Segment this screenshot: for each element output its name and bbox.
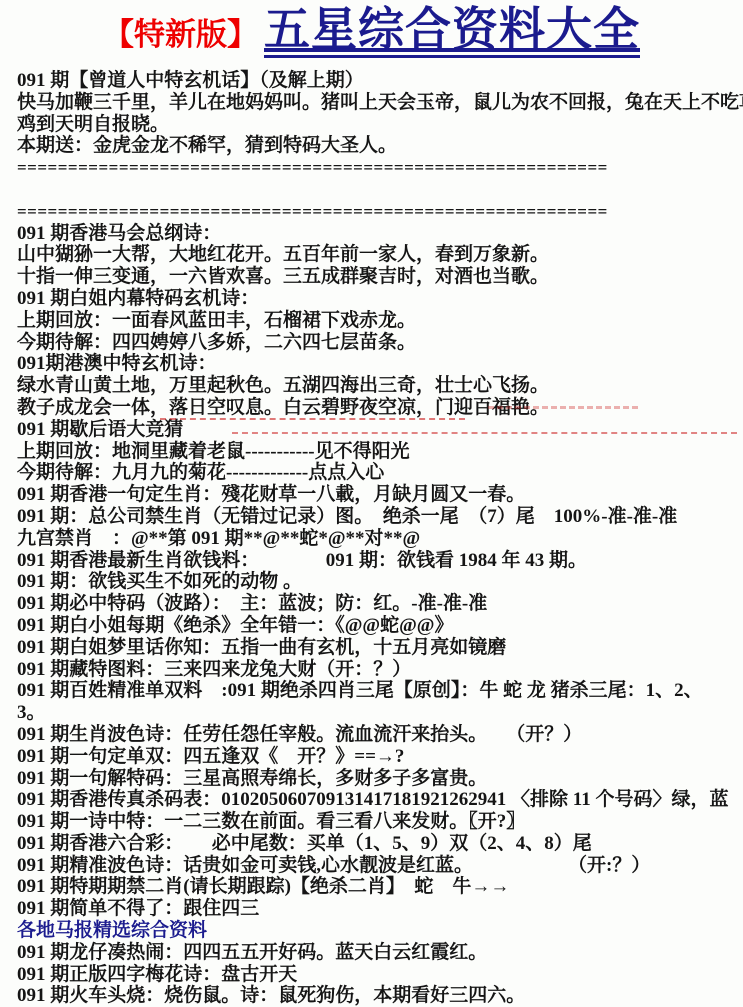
- text-line: 快马加鞭三千里，羊儿在地妈妈叫。猪叫上天会玉帝，鼠儿为农不回报，兔在天上不吃草，: [17, 92, 739, 114]
- text-line: 091 期【曾道人中特玄机话】（及解上期）: [17, 70, 739, 92]
- divider-line: ========================================…: [17, 201, 739, 223]
- text-line: 091 期正版四字梅花诗：盘古开天: [17, 964, 739, 986]
- text-line: 九宫禁肖 ：@**第 091 期**@**蛇*@**对**@: [17, 528, 739, 550]
- divider-line: ========================================…: [17, 157, 739, 179]
- text-line: 今期待解：九月九的菊花-------------点点入心: [17, 462, 739, 484]
- lottery-info-page: 【特新版】 五星综合资料大全 091 期【曾道人中特玄机话】（及解上期） 快马加…: [0, 0, 743, 1007]
- text-line: 091 期香港传真杀码表：010205060709131417181921262…: [17, 789, 739, 811]
- text-line: 091 期必中特码（波路）： 主：蓝波；防：红。-准-准-准: [17, 593, 739, 615]
- text-line: 091 期简单不得了：跟住四三: [17, 898, 739, 920]
- text-line: 091 期：总公司禁生肖（无错过记录）图。 绝杀一尾 （7）尾 100%-准-准…: [17, 506, 739, 528]
- text-line: 3。: [17, 702, 739, 724]
- text-line: 091 期：欲钱买生不如死的动物 。: [17, 571, 739, 593]
- text-line: 091 期香港一句定生肖：殘花财草一八載，月缺月圆又一春。: [17, 484, 739, 506]
- text-line: 091 期特期期禁二肖(请长期跟踪)【绝杀二肖】 蛇 牛→→: [17, 876, 739, 898]
- text-line: 091 期白姐内幕特码玄机诗：: [17, 288, 739, 310]
- text-line: 091 期白小姐每期《绝杀》全年错一：《@@蛇@@》: [17, 615, 739, 637]
- text-line: 上期回放：地洞里藏着老鼠-----------见不得阳光: [17, 441, 739, 463]
- text-line: 091期港澳中特玄机诗：: [17, 353, 739, 375]
- text-line: 091 期龙仔凑热闹：四四五五开好码。蓝天白云红霞红。: [17, 942, 739, 964]
- text-line: 091 期火车头烧：烧伤鼠。诗：鼠死狗伤，本期看好三四六。: [17, 985, 739, 1007]
- blank-line: [17, 179, 739, 201]
- text-line: 091 期生肖波色诗：任劳任怨任宰般。流血流汗来抬头。 （开？）: [17, 724, 739, 746]
- text-line: 091 期香港马会总纲诗：: [17, 223, 739, 245]
- text-line: 091 期白姐梦里话你知：五指一曲有玄机，十五月亮如镜磨: [17, 637, 739, 659]
- text-line: 今期待解：四四娉婷八多娇，二六四七层苗条。: [17, 332, 739, 354]
- edition-badge: 【特新版】: [103, 9, 258, 54]
- text-line: 091 期一句定单双：四五逢双《 开？》==→?: [17, 746, 739, 768]
- text-line: 091 期香港六合彩： 必中尾数：买单（1、5、9）双（2、4、8）尾: [17, 833, 739, 855]
- text-line: 091 期精准波色诗：话贵如金可卖钱,心水靓波是红蓝。 （开:？）: [17, 855, 739, 877]
- section-header: 各地马报精选综合资料: [17, 920, 739, 942]
- text-line: 091 期一诗中特：一二三数在前面。看三看八来发财。〖开?〗: [17, 811, 739, 833]
- text-line: 鸡到天明自报晓。: [17, 114, 739, 136]
- text-line: 本期送：金虎金龙不稀罕，猜到特码大圣人。: [17, 135, 739, 157]
- document-body: 091 期【曾道人中特玄机话】（及解上期） 快马加鞭三千里，羊儿在地妈妈叫。猪叫…: [0, 70, 743, 1007]
- page-title: 五星综合资料大全: [264, 6, 640, 58]
- text-line: 091 期藏特图料：三来四来龙兔大财（开：？）: [17, 659, 739, 681]
- text-line: 091 期歇后语大竞猜: [17, 419, 739, 441]
- text-line: 091 期一句解特码：三星高照寿绵长，多财多子多富贵。: [17, 768, 739, 790]
- text-line: 十指一伸三变通，一六皆欢喜。三五成群聚吉时，对酒也当歌。: [17, 266, 739, 288]
- text-line: 091 期百姓精准单双料 :091 期绝杀四肖三尾【原创】：牛 蛇 龙 猪杀三尾…: [17, 680, 739, 702]
- text-line: 教子成龙会一体，落日空叹息。白云碧野夜空凉，门迎百福艳。: [17, 397, 739, 419]
- text-line: 091 期香港最新生肖欲钱料： 091 期：欲钱看 1984 年 43 期。: [17, 550, 739, 572]
- page-header: 【特新版】 五星综合资料大全: [0, 0, 743, 70]
- text-line: 山中猢狲一大帮，大地红花开。五百年前一家人，春到万象新。: [17, 244, 739, 266]
- text-line: 上期回放：一面春风蓝田丰，石榴裙下戏赤龙。: [17, 310, 739, 332]
- text-line: 绿水青山黄土地，万里起秋色。五湖四海出三奇，壮士心飞扬。: [17, 375, 739, 397]
